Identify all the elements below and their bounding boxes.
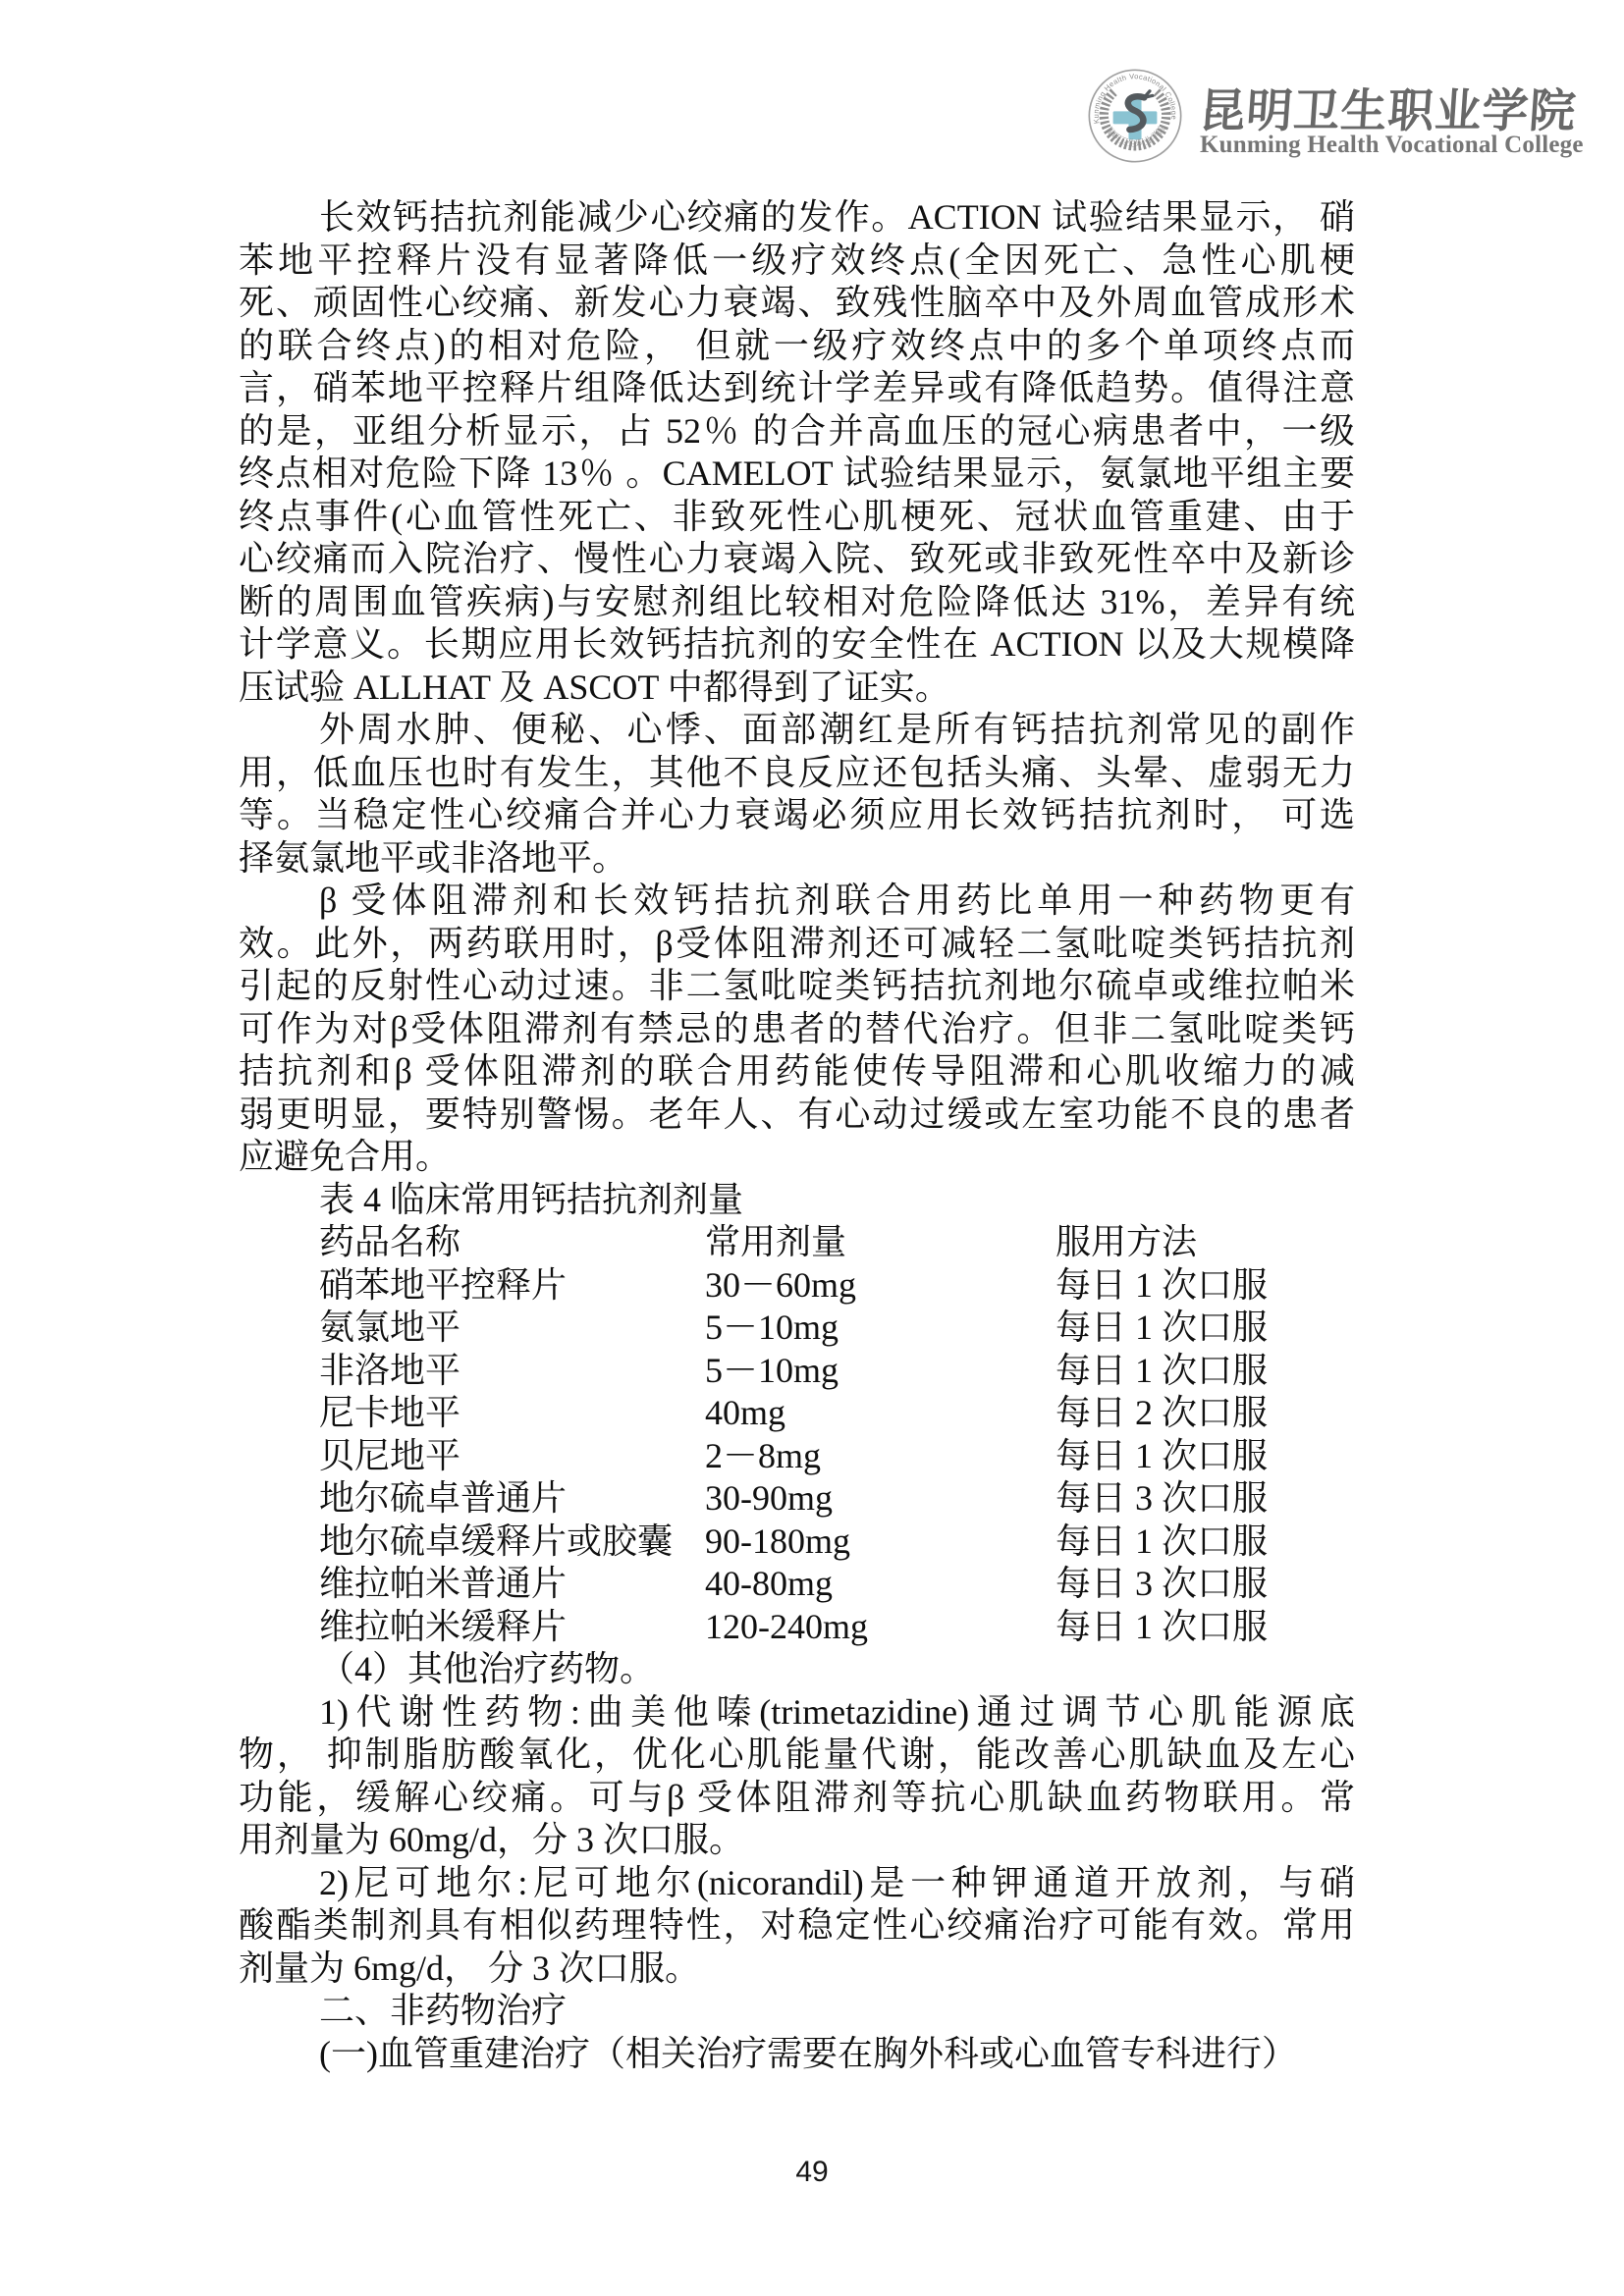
- table-cell: 尼卡地平: [319, 1392, 705, 1435]
- table-cell: 40-80mg: [705, 1563, 1056, 1606]
- text-line: 心绞痛而入院治疗、慢性心力衰竭入院、致死或非致死性卒中及新诊: [239, 538, 1355, 581]
- text-line: 苯地平控释片没有显著降低一级疗效终点(全因死亡、急性心肌梗: [239, 240, 1355, 283]
- table-row: 氨氯地平5－10mg每日 1 次口服: [239, 1307, 1355, 1350]
- table-row: 硝苯地平控释片30－60mg每日 1 次口服: [239, 1264, 1355, 1308]
- text-line: 可作为对β受体阻滞剂有禁忌的患者的替代治疗。但非二氢吡啶类钙: [239, 1008, 1355, 1051]
- college-logo: Kunming Health Vocational College 昆明卫生职业…: [1080, 57, 1591, 175]
- text-line: 终点相对危险下降 13％ 。CAMELOT 试验结果显示，氨氯地平组主要: [239, 453, 1355, 496]
- table-header-row: 药品名称常用剂量服用方法: [239, 1221, 1355, 1264]
- table-cell: 药品名称: [319, 1221, 705, 1264]
- text-line: 2)尼可地尔:尼可地尔(nicorandil)是一种钾通道开放剂，与硝: [239, 1862, 1355, 1905]
- table-cell: 每日 2 次口服: [1056, 1392, 1355, 1435]
- text-line: 断的周围血管疾病)与安慰剂组比较相对危险降低达 31%，差异有统: [239, 581, 1355, 624]
- table-cell: 120-240mg: [705, 1606, 1056, 1649]
- text-line: 等。当稳定性心绞痛合并心力衰竭必须应用长效钙拮抗剂时， 可选: [239, 794, 1355, 837]
- table-cell: 贝尼地平: [319, 1435, 705, 1478]
- table-cell: 氨氯地平: [319, 1307, 705, 1350]
- table-cell: 硝苯地平控释片: [319, 1264, 705, 1308]
- table-row: 地尔硫卓普通片30-90mg每日 3 次口服: [239, 1477, 1355, 1521]
- table-cell: 每日 1 次口服: [1056, 1606, 1355, 1649]
- text-line: 的是，亚组分析显示，占 52％ 的合并高血压的冠心病患者中，一级: [239, 410, 1355, 454]
- table-cell: 每日 1 次口服: [1056, 1521, 1355, 1564]
- table-row: 贝尼地平2－8mg每日 1 次口服: [239, 1435, 1355, 1478]
- text-line: 终点事件(心血管性死亡、非致死性心肌梗死、冠状血管重建、由于: [239, 496, 1355, 539]
- text-line: 外周水肿、便秘、心悸、面部潮红是所有钙拮抗剂常见的副作: [239, 709, 1355, 752]
- table-cell: 每日 3 次口服: [1056, 1563, 1355, 1606]
- medical-cross-icon: [1113, 95, 1158, 139]
- text-line: 1)代谢性药物:曲美他嗪(trimetazidine)通过调节心肌能源底: [239, 1691, 1355, 1735]
- text-line: 功能，缓解心绞痛。可与β 受体阻滞剂等抗心肌缺血药物联用。常: [239, 1777, 1355, 1820]
- text-line: 剂量为 6mg/d， 分 3 次口服。: [239, 1948, 1355, 1991]
- text-line: 物， 抑制脂肪酸氧化，优化心肌能量代谢，能改善心肌缺血及左心: [239, 1734, 1355, 1777]
- table-row: 尼卡地平40mg每日 2 次口服: [239, 1392, 1355, 1435]
- table-cell: 5－10mg: [705, 1350, 1056, 1393]
- table-cell: 常用剂量: [705, 1221, 1056, 1264]
- text-line: 择氨氯地平或非洛地平。: [239, 837, 1355, 881]
- text-line: 用，低血压也时有发生，其他不良反应还包括头痛、头晕、虚弱无力: [239, 752, 1355, 795]
- text-line: （4）其他治疗药物。: [239, 1648, 1355, 1691]
- text-line: 用剂量为 60mg/d，分 3 次口服。: [239, 1819, 1355, 1862]
- table-cell: 40mg: [705, 1392, 1056, 1435]
- text-line: 表 4 临床常用钙拮抗剂剂量: [239, 1179, 1355, 1222]
- table-cell: 地尔硫卓普通片: [319, 1477, 705, 1521]
- text-line: 的联合终点)的相对危险， 但就一级疗效终点中的多个单项终点而: [239, 325, 1355, 368]
- text-line: 拮抗剂和β 受体阻滞剂的联合用药能使传导阻滞和心肌收缩力的减: [239, 1050, 1355, 1094]
- college-name-en: Kunming Health Vocational College: [1200, 132, 1593, 163]
- table-cell: 维拉帕米普通片: [319, 1563, 705, 1606]
- page-number: 49: [0, 2156, 1624, 2189]
- table-cell: 30－60mg: [705, 1264, 1056, 1308]
- table-cell: 30-90mg: [705, 1477, 1056, 1521]
- table-cell: 2－8mg: [705, 1435, 1056, 1478]
- table-cell: 每日 1 次口服: [1056, 1264, 1355, 1308]
- table-cell: 每日 1 次口服: [1056, 1307, 1355, 1350]
- text-line: 死、顽固性心绞痛、新发心力衰竭、致残性脑卒中及外周血管成形术: [239, 282, 1355, 325]
- table-cell: 非洛地平: [319, 1350, 705, 1393]
- text-line: 压试验 ALLHAT 及 ASCOT 中都得到了证实。: [239, 667, 1355, 710]
- table-cell: 地尔硫卓缓释片或胶囊: [319, 1521, 705, 1564]
- table-cell: 每日 1 次口服: [1056, 1435, 1355, 1478]
- table-row: 维拉帕米缓释片120-240mg每日 1 次口服: [239, 1606, 1355, 1649]
- text-line: 长效钙拮抗剂能减少心绞痛的发作。ACTION 试验结果显示， 硝: [239, 196, 1355, 240]
- text-line: 效。此外，两药联用时，β受体阻滞剂还可减轻二氢吡啶类钙拮抗剂: [239, 923, 1355, 966]
- text-line: 酸酯类制剂具有相似药理特性，对稳定性心绞痛治疗可能有效。常用: [239, 1904, 1355, 1948]
- text-line: (一)血管重建治疗（相关治疗需要在胸外科或心血管专科进行）: [239, 2033, 1355, 2076]
- text-line: 引起的反射性心动过速。非二氢吡啶类钙拮抗剂地尔硫卓或维拉帕米: [239, 965, 1355, 1008]
- table-row: 非洛地平5－10mg每日 1 次口服: [239, 1350, 1355, 1393]
- table-cell: 维拉帕米缓释片: [319, 1606, 705, 1649]
- college-seal-icon: Kunming Health Vocational College 昆明卫生职业…: [1080, 61, 1190, 171]
- text-line: 弱更明显，要特别警惕。老年人、有心动过缓或左室功能不良的患者: [239, 1094, 1355, 1137]
- table-cell: 服用方法: [1056, 1221, 1355, 1264]
- table-cell: 每日 1 次口服: [1056, 1350, 1355, 1393]
- text-line: β 受体阻滞剂和长效钙拮抗剂联合用药比单用一种药物更有: [239, 880, 1355, 923]
- a4-page: Kunming Health Vocational College 昆明卫生职业…: [0, 0, 1624, 2296]
- table-row: 地尔硫卓缓释片或胶囊90-180mg每日 1 次口服: [239, 1521, 1355, 1564]
- table-cell: 每日 3 次口服: [1056, 1477, 1355, 1521]
- table-cell: 90-180mg: [705, 1521, 1056, 1564]
- text-line: 应避免合用。: [239, 1136, 1355, 1179]
- text-line: 言，硝苯地平控释片组降低达到统计学差异或有降低趋势。值得注意: [239, 367, 1355, 410]
- document-body: 长效钙拮抗剂能减少心绞痛的发作。ACTION 试验结果显示， 硝苯地平控释片没有…: [239, 196, 1355, 2075]
- table-cell: 5－10mg: [705, 1307, 1056, 1350]
- table-row: 维拉帕米普通片40-80mg每日 3 次口服: [239, 1563, 1355, 1606]
- text-line: 二、非药物治疗: [239, 1990, 1355, 2033]
- college-name-zh: 昆明卫生职业学院: [1198, 75, 1587, 133]
- text-line: 计学意义。长期应用长效钙拮抗剂的安全性在 ACTION 以及大规模降: [239, 623, 1355, 667]
